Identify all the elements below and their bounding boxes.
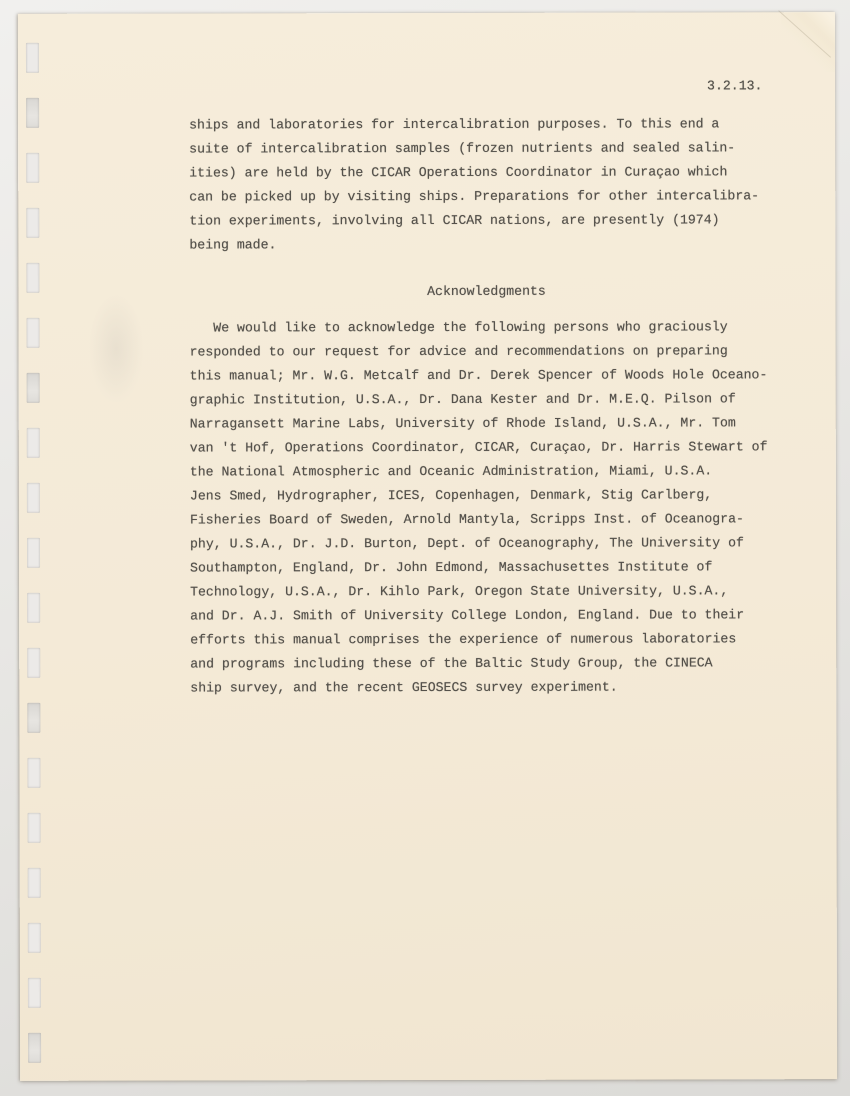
binding-hole (28, 923, 41, 953)
binding-hole (27, 758, 40, 788)
page-corner-fold (781, 12, 835, 72)
binding-hole (26, 43, 39, 73)
binding-hole (27, 428, 40, 458)
binding-hole (28, 1033, 41, 1063)
binding-hole (27, 538, 40, 568)
paragraph-intercalibration: ships and laboratories for intercalibrat… (189, 112, 783, 257)
paragraph-acknowledgments: We would like to acknowledge the followi… (190, 315, 785, 700)
binding-hole (27, 318, 40, 348)
binding-hole (27, 373, 40, 403)
binding-hole (26, 208, 39, 238)
document-page: 3.2.13. ships and laboratories for inter… (18, 12, 837, 1081)
binding-hole (26, 263, 39, 293)
binding-hole (27, 593, 40, 623)
page-number: 3.2.13. (707, 74, 762, 98)
binding-hole (27, 483, 40, 513)
binding-hole (26, 153, 39, 183)
binding-hole (27, 648, 40, 678)
binding-hole (28, 868, 41, 898)
binding-hole (28, 813, 41, 843)
binding-hole (26, 98, 39, 128)
section-heading: Acknowledgments (189, 279, 783, 304)
binding-hole (27, 703, 40, 733)
binding-holes (18, 14, 50, 1081)
scan-smudge (88, 294, 143, 404)
binding-hole (28, 978, 41, 1008)
